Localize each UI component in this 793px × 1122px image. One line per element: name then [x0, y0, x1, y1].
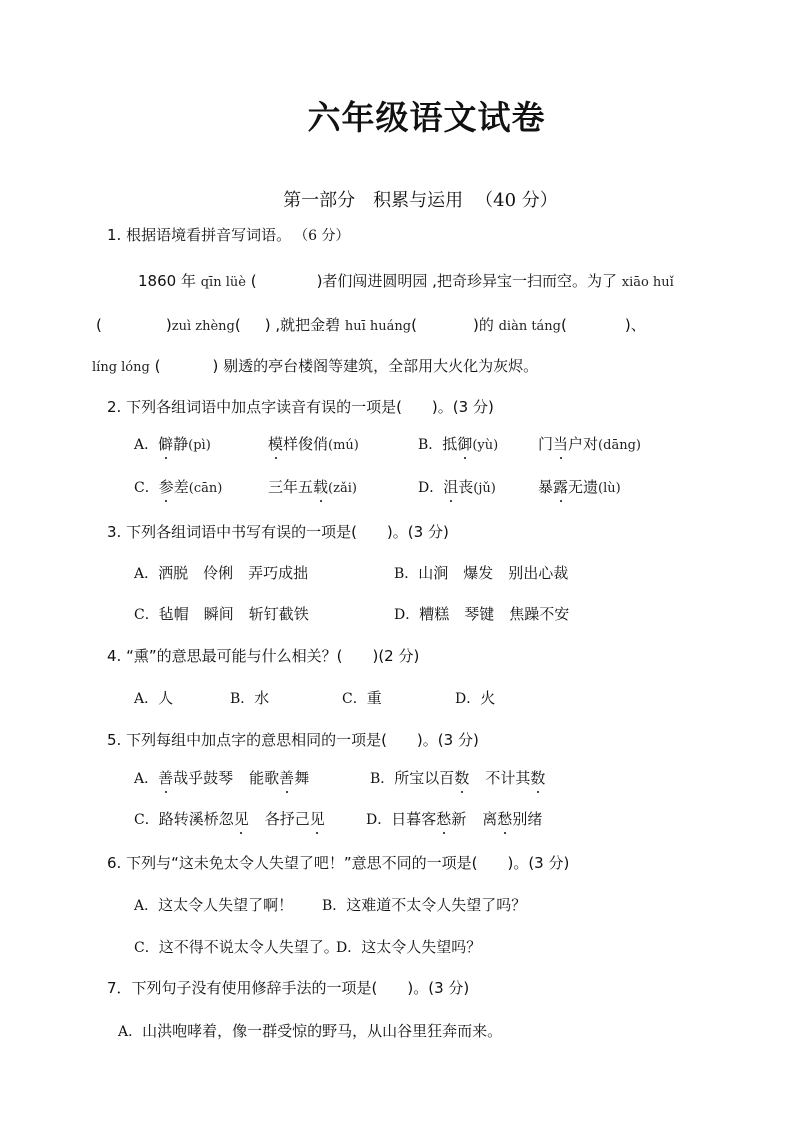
pinyin: xiāo huǐ — [622, 275, 674, 290]
option-letter: A． — [134, 691, 158, 707]
option-letter: C． — [134, 812, 159, 828]
question-2-option-a[interactable]: A．僻静(pì) — [134, 433, 211, 454]
question-6-option-a[interactable]: A．这太令人失望了啊！ — [134, 894, 293, 915]
question-1-points: （6 分） — [301, 228, 349, 244]
text: 差 — [174, 478, 189, 496]
option-letter: C． — [134, 940, 159, 956]
question-2-option-c-word-2: 三年五载(zǎi) — [268, 476, 357, 497]
text: 暴 — [538, 478, 553, 496]
option-letter: D． — [394, 607, 419, 623]
text: ( — [411, 316, 417, 334]
question-5-stem: 5. 下列每组中加点字的意思相同的一项是( )。(3 分) — [107, 729, 479, 750]
pinyin: (yù) — [472, 438, 498, 453]
text: ( — [150, 357, 161, 375]
question-4-option-c[interactable]: C．重 — [342, 687, 382, 708]
question-1-line-3: líng lóng () 剔透的亭台楼阁等建筑，全部用大火化为灰烬。 — [92, 355, 538, 376]
dotted-char: 愁 — [497, 808, 512, 829]
dotted-char: 当 — [553, 433, 568, 454]
text: 样俊俏 — [283, 435, 328, 453]
dotted-char: 载 — [313, 476, 328, 497]
option-letter: D． — [336, 940, 361, 956]
pinyin: (zǎi) — [328, 481, 357, 496]
text: ( — [246, 272, 257, 290]
option-text: 这太令人失望吗？ — [361, 938, 481, 956]
option-letter: B． — [418, 437, 442, 453]
text: ( — [561, 316, 567, 334]
pinyin: (cān) — [189, 481, 223, 496]
question-5-option-d[interactable]: D．日暮客愁新离愁别绪 — [366, 808, 542, 829]
question-4-option-d[interactable]: D．火 — [455, 687, 495, 708]
question-6-stem: 6. 下列与“这未免太令人失望了吧！”意思不同的一项是( )。(3 分) — [107, 852, 569, 873]
pinyin: (pì) — [188, 438, 211, 453]
dotted-char: 参 — [159, 476, 174, 497]
option-letter: D． — [455, 691, 480, 707]
pinyin: diàn táng — [499, 319, 561, 334]
question-2-stem: 2. 下列各组词语中加点字读音有误的一项是( )。(3 分) — [107, 396, 494, 417]
option-letter: D． — [418, 480, 443, 496]
option-text: 这太令人失望了啊！ — [158, 896, 293, 914]
text: 户对 — [568, 435, 598, 453]
text: 无遗 — [568, 478, 598, 496]
section-heading: 第一部分 积累与运用（40 分） — [0, 186, 793, 212]
option-text: 重 — [367, 689, 382, 707]
question-4-option-b[interactable]: B．水 — [230, 687, 269, 708]
pinyin: (mú) — [328, 438, 359, 453]
pinyin: líng lóng — [92, 360, 150, 375]
text: 各抒己 — [265, 810, 310, 828]
option-letter: B． — [322, 898, 346, 914]
option-text: 糟糕 琴键 焦躁不安 — [419, 605, 569, 623]
question-2-option-d-word-2: 暴露无遗(lù) — [538, 476, 621, 497]
text: ) ,就把金碧 — [265, 316, 345, 334]
text: )、 — [625, 316, 646, 334]
question-6-option-c[interactable]: C．这不得不说太令人失望了。 — [134, 936, 339, 957]
question-2-option-d[interactable]: D．沮丧(jǔ) — [418, 476, 496, 497]
option-letter: C． — [134, 480, 159, 496]
text: 新 — [451, 810, 466, 828]
dotted-char: 御 — [457, 433, 472, 454]
dotted-char: 愁 — [436, 808, 451, 829]
option-text: 山洪咆哮着，像一群受惊的野马，从山谷里狂奔而来。 — [142, 1022, 502, 1040]
question-1-line-1: 1860 年 qīn lüè ()者们闯进圆明园 ,把奇珍异宝一扫而空。为了 x… — [138, 270, 674, 291]
text: 丧 — [458, 478, 473, 496]
pinyin: qīn lüè — [201, 275, 246, 290]
option-letter: C． — [134, 607, 159, 623]
page-title: 六年级语文试卷 — [0, 92, 793, 139]
text: 抵 — [442, 435, 457, 453]
dotted-char: 见 — [234, 808, 249, 829]
pinyin: zuì zhèng — [172, 319, 235, 334]
dotted-char: 善 — [279, 767, 294, 788]
text: )者们闯进圆明园 ,把奇珍异宝一扫而空。为了 — [317, 272, 622, 290]
pinyin: (jǔ) — [473, 481, 496, 496]
text: ) 剔透的亭台楼阁等建筑，全部用大火化为灰烬。 — [212, 357, 538, 375]
dotted-char: 模 — [268, 433, 283, 454]
dotted-char: 数 — [454, 767, 469, 788]
option-letter: B． — [230, 691, 254, 707]
pinyin: (dāng) — [598, 438, 641, 453]
option-letter: A． — [134, 771, 158, 787]
question-3-option-a[interactable]: A．洒脱 伶俐 弄巧成拙 — [134, 562, 308, 583]
option-text: 这难道不太令人失望了吗？ — [346, 896, 526, 914]
option-letter: D． — [366, 812, 391, 828]
dotted-char: 露 — [553, 476, 568, 497]
option-letter: A． — [118, 1024, 142, 1040]
text: ( — [96, 316, 102, 334]
text: 门 — [538, 435, 553, 453]
question-6-option-b[interactable]: B．这难道不太令人失望了吗？ — [322, 894, 526, 915]
question-6-option-d[interactable]: D．这太令人失望吗？ — [336, 936, 481, 957]
option-text: 毡帽 瞬间 斩钉截铁 — [159, 605, 309, 623]
question-1-text: 1. 根据语境看拼音写词语。 — [107, 226, 291, 244]
text: 能歌 — [249, 769, 279, 787]
section-points: （40 分） — [475, 190, 558, 211]
option-text: 山涧 爆发 别出心裁 — [418, 564, 568, 582]
question-7-stem: 7．下列句子没有使用修辞手法的一项是( )。(3 分) — [107, 977, 469, 998]
text: 哉乎鼓琴 — [173, 769, 233, 787]
question-4-stem: 4. “熏”的意思最可能与什么相关？( )(2 分) — [107, 645, 419, 666]
question-2-option-b-word-2: 门当户对(dāng) — [538, 433, 641, 454]
text: 日暮客 — [391, 810, 436, 828]
text: 别绪 — [512, 810, 542, 828]
question-3-option-d[interactable]: D．糟糕 琴键 焦躁不安 — [394, 603, 569, 624]
text: 舞 — [294, 769, 309, 787]
question-2-option-a-word-2: 模样俊俏(mú) — [268, 433, 359, 454]
option-text: 洒脱 伶俐 弄巧成拙 — [158, 564, 308, 582]
pinyin: (lù) — [598, 481, 621, 496]
option-letter: A． — [134, 566, 158, 582]
question-5-option-b[interactable]: B．所宝以百数不计其数 — [370, 767, 545, 788]
dotted-char: 见 — [310, 808, 325, 829]
question-5-option-c[interactable]: C．路转溪桥忽见各抒己见 — [134, 808, 325, 829]
option-letter: B． — [370, 771, 394, 787]
question-3-option-c[interactable]: C．毡帽 瞬间 斩钉截铁 — [134, 603, 309, 624]
option-letter: C． — [342, 691, 367, 707]
question-3-option-b[interactable]: B．山涧 爆发 别出心裁 — [394, 562, 568, 583]
question-1-line-2: ()zuì zhèng() ,就把金碧 huī huáng()的 diàn tá… — [96, 314, 646, 335]
dotted-char: 善 — [158, 767, 173, 788]
text: 1860 年 — [138, 272, 201, 290]
text: 路转溪桥忽 — [159, 810, 234, 828]
text: 所宝以百 — [394, 769, 454, 787]
option-letter: B． — [394, 566, 418, 582]
question-2-option-c[interactable]: C．参差(cān) — [134, 476, 222, 497]
question-7-option-a[interactable]: A．山洪咆哮着，像一群受惊的野马，从山谷里狂奔而来。 — [118, 1020, 502, 1041]
dotted-char: 数 — [530, 767, 545, 788]
text: ( — [235, 316, 241, 334]
text: 静 — [173, 435, 188, 453]
text: 离 — [482, 810, 497, 828]
text: 三年五 — [268, 478, 313, 496]
option-letter: A． — [134, 437, 158, 453]
option-text: 这不得不说太令人失望了。 — [159, 938, 339, 956]
pinyin: huī huáng — [345, 319, 411, 334]
question-1-stem: 1. 根据语境看拼音写词语。（6 分） — [107, 224, 349, 245]
text: )的 — [473, 316, 499, 334]
question-4-option-a[interactable]: A．人 — [134, 687, 173, 708]
dotted-char: 僻 — [158, 433, 173, 454]
text: 不计其 — [485, 769, 530, 787]
question-5-option-a[interactable]: A．善哉乎鼓琴能歌善舞 — [134, 767, 309, 788]
question-3-stem: 3. 下列各组词语中书写有误的一项是( )。(3 分) — [107, 521, 449, 542]
option-text: 水 — [254, 689, 269, 707]
dotted-char: 沮 — [443, 476, 458, 497]
question-2-option-b[interactable]: B．抵御(yù) — [418, 433, 498, 454]
option-letter: A． — [134, 898, 158, 914]
section-label: 第一部分 积累与运用 — [283, 190, 463, 211]
option-text: 人 — [158, 689, 173, 707]
option-text: 火 — [480, 689, 495, 707]
